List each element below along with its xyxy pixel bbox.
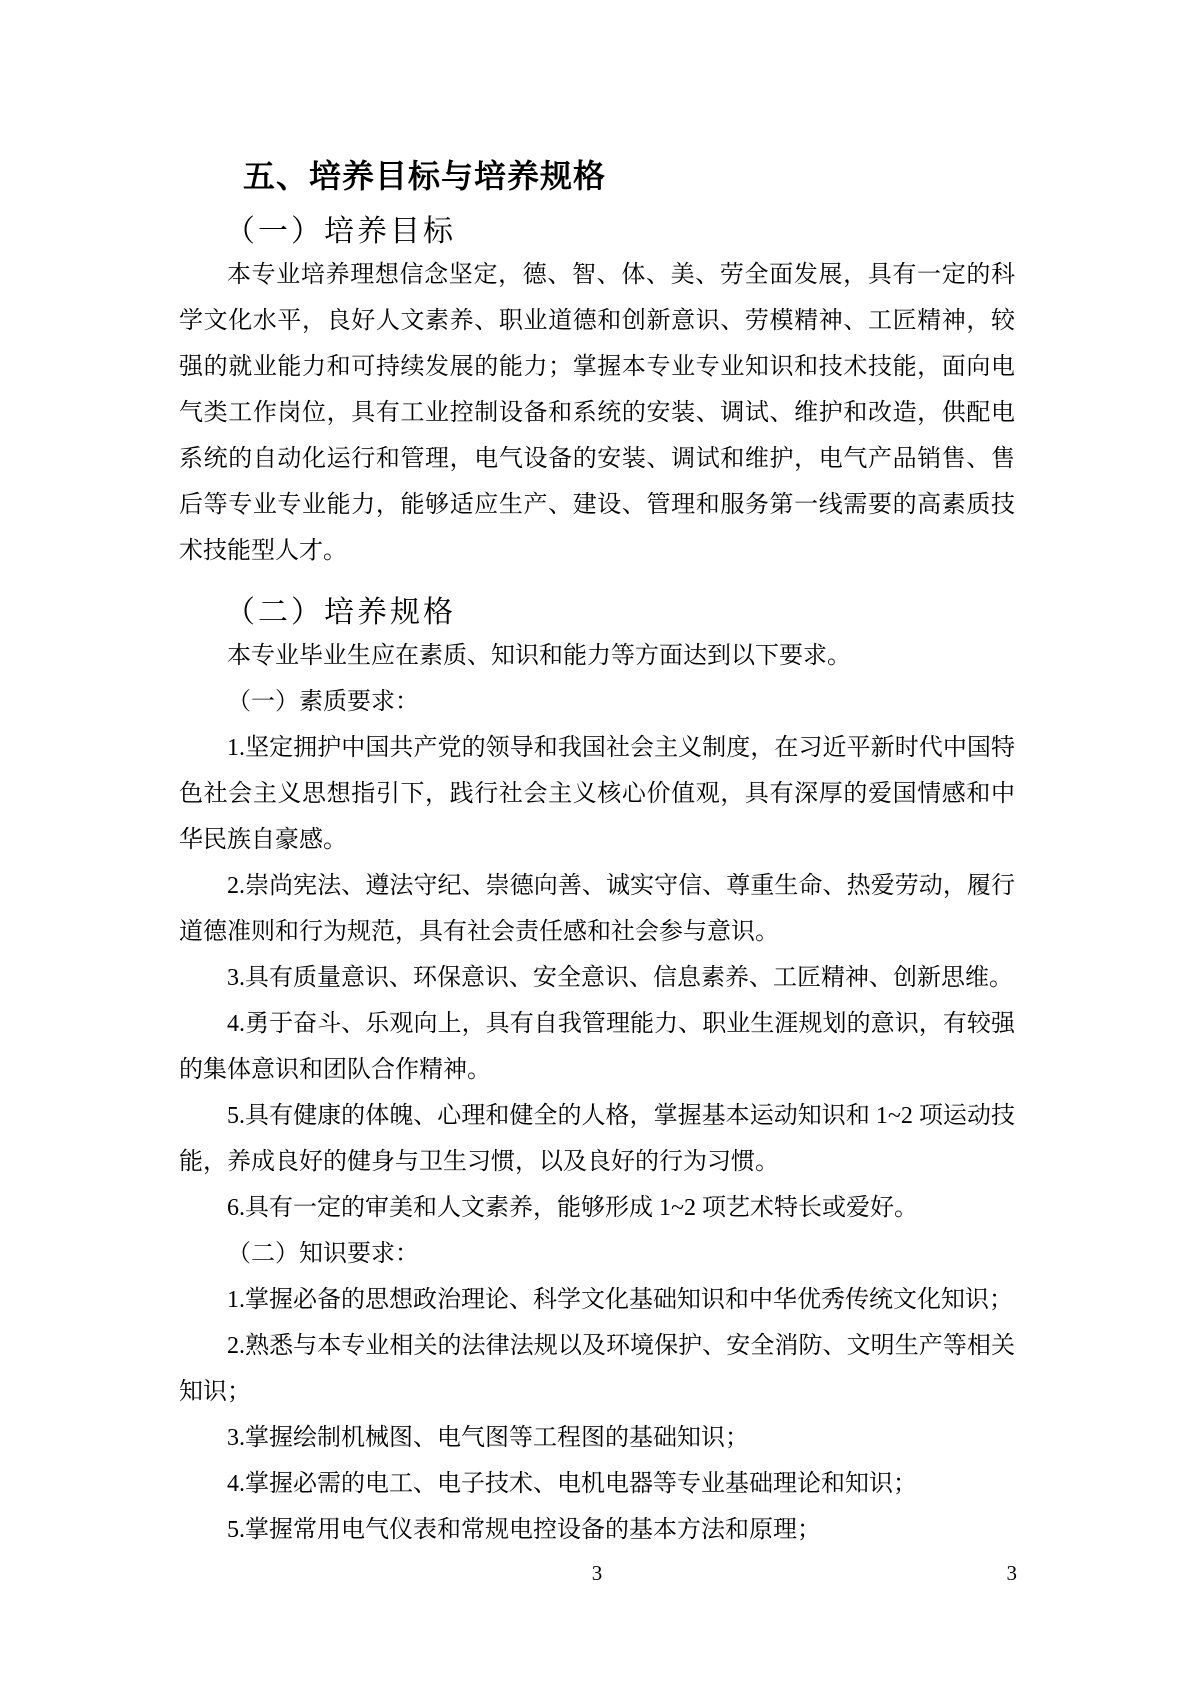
label-quality-requirements: （一）素质要求： [179,679,1015,725]
page-number-center: 3 [179,1560,1015,1586]
document-page: 五、培养目标与培养规格 （一）培养目标 本专业培养理想信念坚定，德、智、体、美、… [0,0,1191,1684]
quality-item-2: 2.崇尚宪法、遵法守纪、崇德向善、诚实守信、尊重生命、热爱劳动，履行道德准则和行… [179,863,1015,955]
quality-item-6: 6.具有一定的审美和人文素养，能够形成 1~2 项艺术特长或爱好。 [179,1185,1015,1231]
paragraph-training-objective: 本专业培养理想信念坚定，德、智、体、美、劳全面发展，具有一定的科学文化水平，良好… [179,252,1015,574]
knowledge-item-2: 2.熟悉与本专业相关的法律法规以及环境保护、安全消防、文明生产等相关知识； [179,1323,1015,1415]
quality-item-5: 5.具有健康的体魄、心理和健全的人格，掌握基本运动知识和 1~2 项运动技能，养… [179,1093,1015,1185]
quality-item-3: 3.具有质量意识、环保意识、安全意识、信息素养、工匠精神、创新思维。 [179,955,1015,1001]
knowledge-item-5: 5.掌握常用电气仪表和常规电控设备的基本方法和原理； [179,1507,1015,1553]
subsection-title-training-objective: （一）培养目标 [179,212,1015,252]
quality-item-4: 4.勇于奋斗、乐观向上，具有自我管理能力、职业生涯规划的意识，有较强的集体意识和… [179,1001,1015,1093]
quality-item-1: 1.坚定拥护中国共产党的领导和我国社会主义制度，在习近平新时代中国特色社会主义思… [179,725,1015,863]
subsection-title-training-specification: （二）培养规格 [179,593,1015,633]
page-footer: 3 3 [179,1560,1015,1586]
knowledge-item-1: 1.掌握必备的思想政治理论、科学文化基础知识和中华优秀传统文化知识； [179,1277,1015,1323]
chapter-heading: 五、培养目标与培养规格 [179,154,1015,198]
paragraph-specification-intro: 本专业毕业生应在素质、知识和能力等方面达到以下要求。 [179,633,1015,679]
knowledge-item-3: 3.掌握绘制机械图、电气图等工程图的基础知识； [179,1415,1015,1461]
page-number-right: 3 [1007,1560,1018,1586]
knowledge-item-4: 4.掌握必需的电工、电子技术、电机电器等专业基础理论和知识； [179,1461,1015,1507]
label-knowledge-requirements: （二）知识要求： [179,1231,1015,1277]
page-content: 五、培养目标与培养规格 （一）培养目标 本专业培养理想信念坚定，德、智、体、美、… [179,154,1015,1553]
